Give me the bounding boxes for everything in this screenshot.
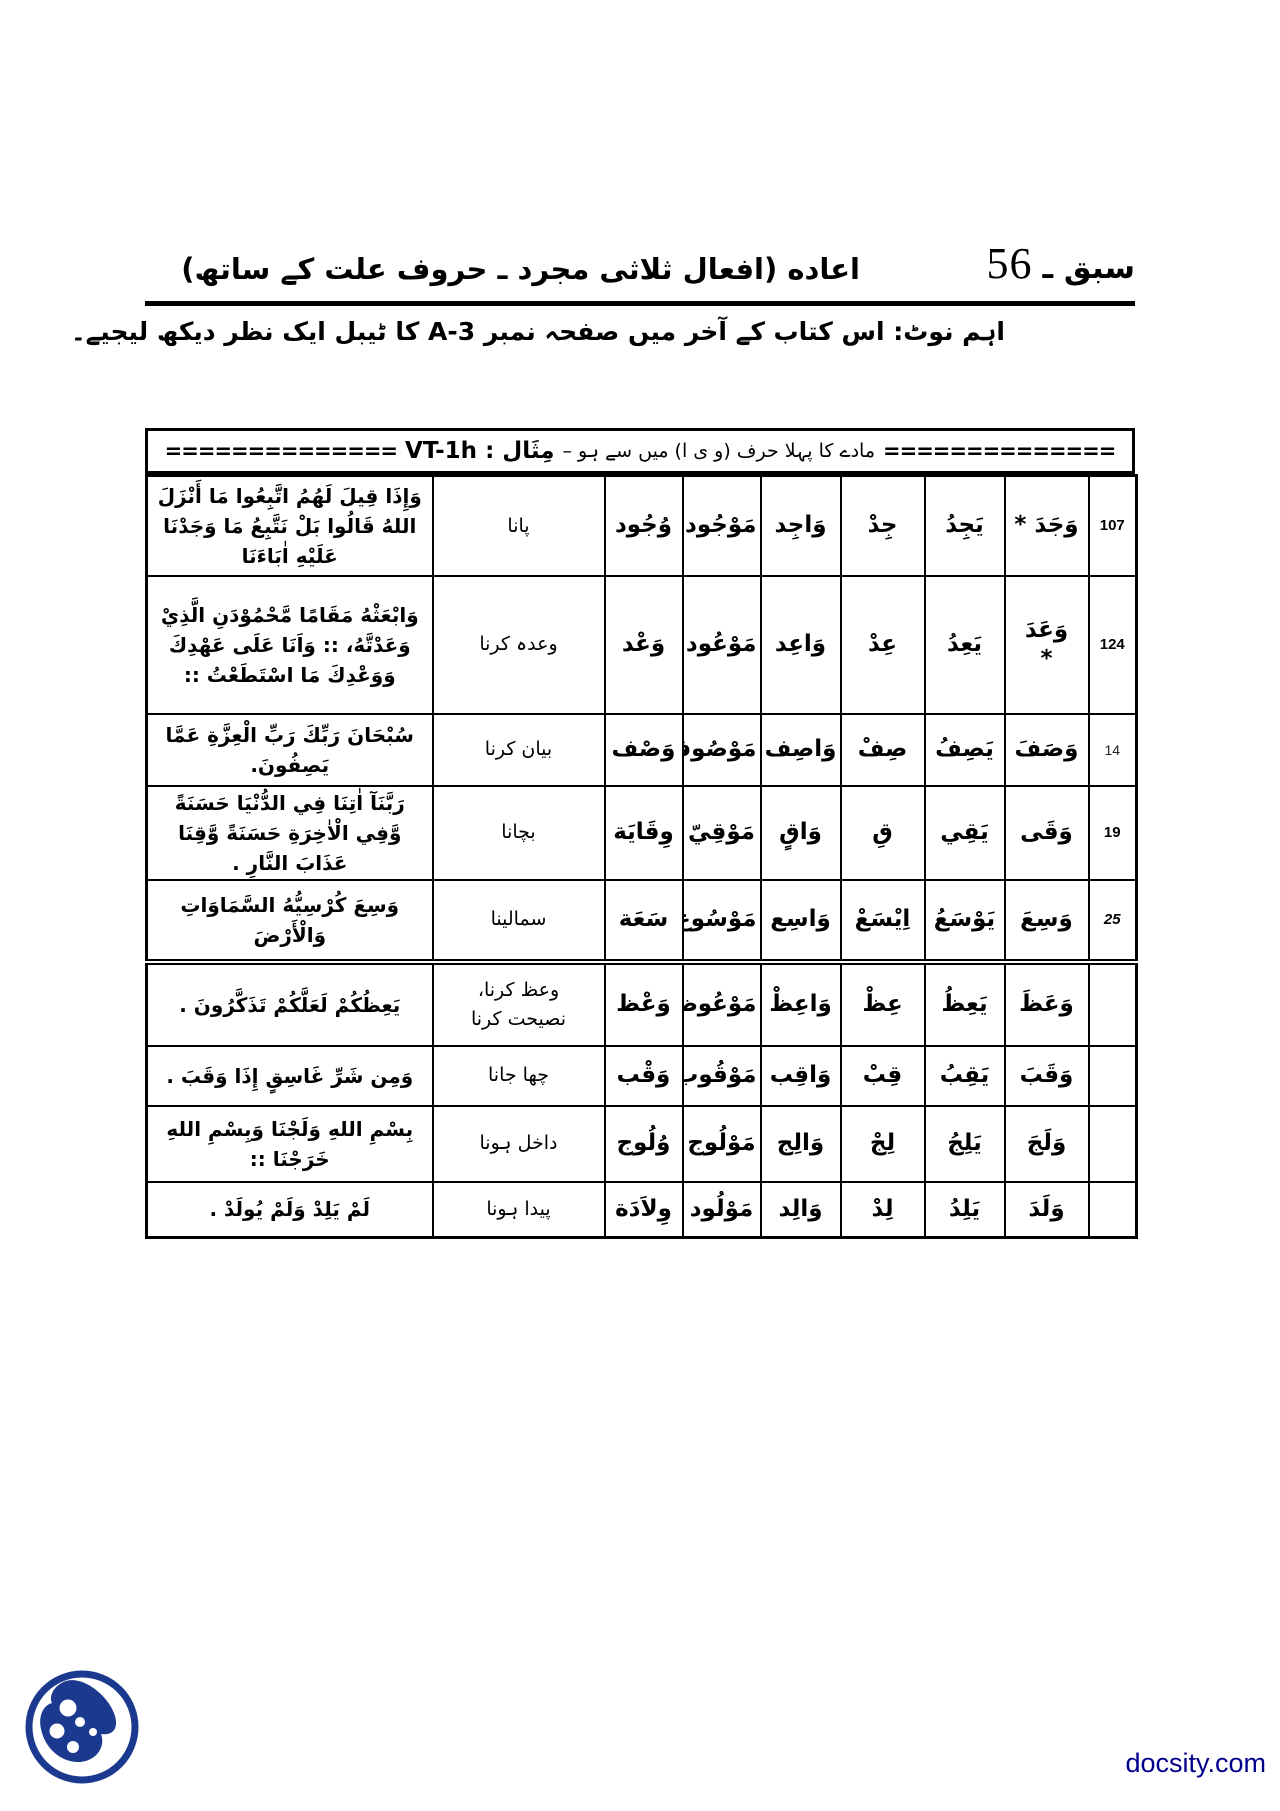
- past-cell: وَسِعَ: [1005, 880, 1089, 962]
- meaning-cell: داخل ہونا: [433, 1106, 605, 1182]
- quran-example-cell: سُبْحَانَ رَبِّكَ رَبِّ الْعِزَّةِ عَمَّ…: [147, 714, 433, 786]
- passive-participle-cell: مَوْلُود: [683, 1182, 761, 1238]
- meaning-cell: بچانا: [433, 786, 605, 880]
- present-cell: يَصِفُ: [925, 714, 1005, 786]
- passive-participle-cell: مَوْجُود: [683, 476, 761, 576]
- past-cell: وَعَدَ *: [1005, 576, 1089, 714]
- masdar-cell: وُلُوج: [605, 1106, 683, 1182]
- passive-participle-cell: مَوْعُود: [683, 576, 761, 714]
- table-row: 107 وَجَدَ * يَجِدُ جِدْ وَاجِد مَوْجُود…: [147, 476, 1137, 576]
- table-row: 124 وَعَدَ * يَعِدُ عِدْ وَاعِد مَوْعُود…: [147, 576, 1137, 714]
- docsity-logo-icon: [22, 1666, 142, 1788]
- ref-number-cell: [1089, 1106, 1137, 1182]
- ref-number-cell: 124: [1089, 576, 1137, 714]
- masdar-cell: وُجُود: [605, 476, 683, 576]
- quran-example-cell: وَإِذَا قِيلَ لَهُمُ اتَّبِعُوا مَا أَنْ…: [147, 476, 433, 576]
- imperative-cell: قِ: [841, 786, 925, 880]
- ref-number-cell: [1089, 1046, 1137, 1106]
- imperative-cell: اِيْسَعْ: [841, 880, 925, 962]
- ref-number-cell: [1089, 1182, 1137, 1238]
- lesson-word: سبق ـ: [1043, 250, 1135, 286]
- passive-participle-cell: مَوْقُوب: [683, 1046, 761, 1106]
- past-cell: وَعَظَ: [1005, 962, 1089, 1046]
- active-participle-cell: وَاسِع: [761, 880, 841, 962]
- masdar-cell: وَصْف: [605, 714, 683, 786]
- past-cell: وَقَبَ: [1005, 1046, 1089, 1106]
- ref-number-cell: 14: [1089, 714, 1137, 786]
- banner-urdu-text: مادے کا پہلا حرف (و ی ا) میں سے ہو –: [563, 440, 876, 462]
- present-cell: يَعِظُ: [925, 962, 1005, 1046]
- document-page: سبق ـ 56 اعاده (افعال ثلاثی مجرد ـ حروف …: [0, 0, 1280, 1811]
- meaning-cell: پیدا ہونا: [433, 1182, 605, 1238]
- imperative-cell: لِجْ: [841, 1106, 925, 1182]
- past-cell: وَلَجَ: [1005, 1106, 1089, 1182]
- verb-conjugation-table: 107 وَجَدَ * يَجِدُ جِدْ وَاجِد مَوْجُود…: [145, 474, 1138, 1239]
- active-participle-cell: وَاقٍ: [761, 786, 841, 880]
- imperative-cell: صِفْ: [841, 714, 925, 786]
- masdar-cell: وَقْب: [605, 1046, 683, 1106]
- present-cell: يَجِدُ: [925, 476, 1005, 576]
- active-participle-cell: وَاعِد: [761, 576, 841, 714]
- present-cell: يَقِبُ: [925, 1046, 1005, 1106]
- important-note: اہم نوٹ: اس کتاب کے آخر میں صفحہ نمبر A-…: [145, 317, 1005, 346]
- quran-example-cell: وَابْعَثْهُ مَقَامًا مَّحْمُوْدَنِ الَّذ…: [147, 576, 433, 714]
- quran-example-cell: بِسْمِ اللهِ وَلَجْنَا وَبِسْمِ اللهِ خَ…: [147, 1106, 433, 1182]
- present-cell: يَلِجُ: [925, 1106, 1005, 1182]
- lesson-number: 56: [987, 238, 1033, 289]
- ref-number-cell: 25: [1089, 880, 1137, 962]
- passive-participle-cell: مَوْلُوج: [683, 1106, 761, 1182]
- table-row: 25 وَسِعَ يَوْسَعُ اِيْسَعْ وَاسِع مَوْس…: [147, 880, 1137, 962]
- ref-number-cell: 107: [1089, 476, 1137, 576]
- lesson-heading: سبق ـ 56: [987, 238, 1135, 289]
- table-banner: ============== مادے کا پہلا حرف (و ی ا) …: [145, 428, 1135, 474]
- imperative-cell: عِدْ: [841, 576, 925, 714]
- active-participle-cell: وَاعِظْ: [761, 962, 841, 1046]
- ref-number-cell: 19: [1089, 786, 1137, 880]
- past-cell: وَلَدَ: [1005, 1182, 1089, 1238]
- imperative-cell: قِبْ: [841, 1046, 925, 1106]
- active-participle-cell: وَاقِب: [761, 1046, 841, 1106]
- present-cell: يَعِدُ: [925, 576, 1005, 714]
- table-row: 14 وَصَفَ يَصِفُ صِفْ وَاصِف مَوْصُوف وَ…: [147, 714, 1137, 786]
- table-row: وَعَظَ يَعِظُ عِظْ وَاعِظْ مَوْعُوظ وَعْ…: [147, 962, 1137, 1046]
- past-cell: وَجَدَ *: [1005, 476, 1089, 576]
- passive-participle-cell: مَوْقِيّ: [683, 786, 761, 880]
- active-participle-cell: وَاصِف: [761, 714, 841, 786]
- present-cell: يَقِي: [925, 786, 1005, 880]
- table-row: وَلَدَ يَلِدُ لِدْ وَالِد مَوْلُود وِلاَ…: [147, 1182, 1137, 1238]
- equals-decoration-right: ==============: [883, 439, 1115, 463]
- present-cell: يَلِدُ: [925, 1182, 1005, 1238]
- past-cell: وَصَفَ: [1005, 714, 1089, 786]
- masdar-cell: وَعْظ: [605, 962, 683, 1046]
- masdar-cell: وِلاَدَة: [605, 1182, 683, 1238]
- passive-participle-cell: مَوْسُوع: [683, 880, 761, 962]
- meaning-cell: بیان کرنا: [433, 714, 605, 786]
- meaning-cell: وعدہ کرنا: [433, 576, 605, 714]
- quran-example-cell: وَسِعَ كُرْسِيُّهُ السَّمَاوَاتِ وَالْأَ…: [147, 880, 433, 962]
- ref-number-cell: [1089, 962, 1137, 1046]
- imperative-cell: لِدْ: [841, 1182, 925, 1238]
- meaning-cell: وعظ کرنا، نصیحت کرنا: [433, 962, 605, 1046]
- docsity-watermark-link[interactable]: docsity.com: [1125, 1748, 1266, 1779]
- meaning-cell: چھا جانا: [433, 1046, 605, 1106]
- active-participle-cell: وَالِد: [761, 1182, 841, 1238]
- quran-example-cell: وَمِن شَرِّ غَاسِقٍ إِذَا وَقَبَ .: [147, 1046, 433, 1106]
- banner-label: مِثَال : VT-1h: [405, 438, 554, 464]
- meaning-cell: سمالینا: [433, 880, 605, 962]
- header-rule: [145, 301, 1135, 306]
- table-row: وَلَجَ يَلِجُ لِجْ وَالِج مَوْلُوج وُلُو…: [147, 1106, 1137, 1182]
- meaning-cell: پانا: [433, 476, 605, 576]
- page-title: اعاده (افعال ثلاثی مجرد ـ حروف علت کے سا…: [280, 252, 860, 286]
- masdar-cell: وَعْد: [605, 576, 683, 714]
- passive-participle-cell: مَوْعُوظ: [683, 962, 761, 1046]
- quran-example-cell: رَبَّنَآ اٰتِنَا فِي الدُّنْيَا حَسَنَةً…: [147, 786, 433, 880]
- imperative-cell: عِظْ: [841, 962, 925, 1046]
- active-participle-cell: وَاجِد: [761, 476, 841, 576]
- imperative-cell: جِدْ: [841, 476, 925, 576]
- table-row: وَقَبَ يَقِبُ قِبْ وَاقِب مَوْقُوب وَقْب…: [147, 1046, 1137, 1106]
- equals-decoration-left: ==============: [165, 439, 397, 463]
- past-cell: وَقَى: [1005, 786, 1089, 880]
- active-participle-cell: وَالِج: [761, 1106, 841, 1182]
- passive-participle-cell: مَوْصُوف: [683, 714, 761, 786]
- quran-example-cell: يَعِظُكُمْ لَعَلَّكُمْ تَذَكَّرُونَ .: [147, 962, 433, 1046]
- present-cell: يَوْسَعُ: [925, 880, 1005, 962]
- table-row: 19 وَقَى يَقِي قِ وَاقٍ مَوْقِيّ وِقَايَ…: [147, 786, 1137, 880]
- masdar-cell: سَعَة: [605, 880, 683, 962]
- masdar-cell: وِقَايَة: [605, 786, 683, 880]
- quran-example-cell: لَمْ يَلِدْ وَلَمْ يُولَدْ .: [147, 1182, 433, 1238]
